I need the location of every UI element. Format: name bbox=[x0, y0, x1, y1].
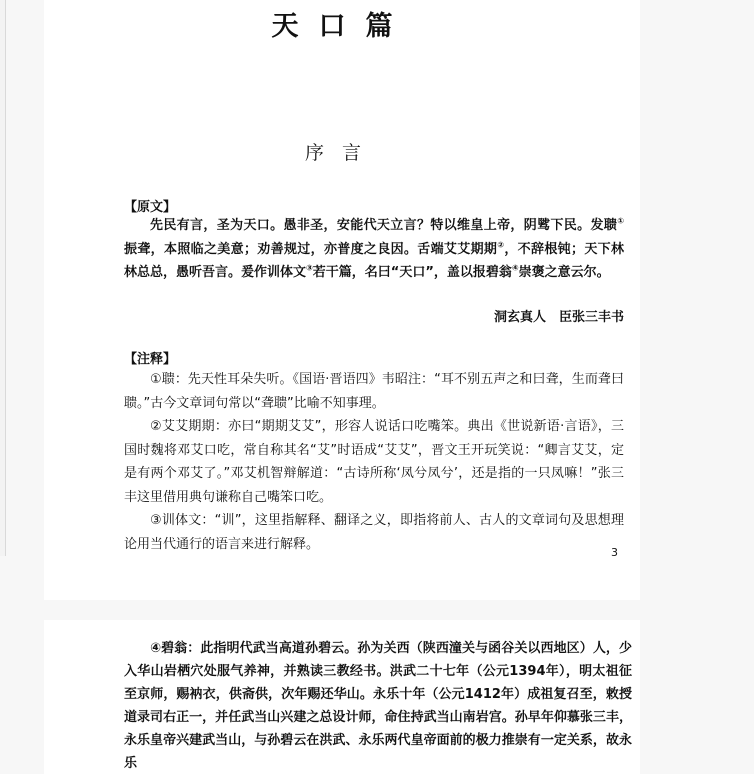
document-page-3: 天口篇 序言 【原文】 先民有言，圣为天口。愚非圣，安能代天立言？特以维皇上帝，… bbox=[44, 0, 640, 600]
original-text: 先民有言，圣为天口。愚非圣，安能代天立言？特以维皇上帝，阴骘下民。发聩①振聋，本… bbox=[124, 214, 624, 285]
original-text-part: 若干篇，名曰“天口”，盖以报碧翁 bbox=[313, 265, 512, 280]
note-4: ④碧翁：此指明代武当高道孙碧云。孙为关西（陕西潼关与函谷关以西地区）人，少入华山… bbox=[124, 637, 632, 774]
notes-label: 【注释】 bbox=[124, 348, 176, 367]
footnote-mark: ③ bbox=[306, 264, 313, 273]
note-1: ①聩：先天性耳朵失听。《国语·晋语四》韦昭注：“耳不别五声之和曰聋，生而聋曰聩。… bbox=[124, 368, 624, 415]
note-4-text: ④碧翁：此指明代武当高道孙碧云。孙为关西（陕西潼关与函谷关以西地区）人，少入华山… bbox=[124, 637, 632, 774]
document-page-4: ④碧翁：此指明代武当高道孙碧云。孙为关西（陕西潼关与函谷关以西地区）人，少入华山… bbox=[44, 620, 640, 774]
original-text-part: 振聋，本照临之美意；劝善规过，亦普度之良因。舌端艾艾期期 bbox=[124, 242, 497, 257]
original-text-part: 崇褒之意云尔。 bbox=[519, 265, 610, 280]
viewer-left-edge bbox=[0, 0, 6, 556]
page-number: 3 bbox=[611, 546, 618, 559]
chapter-title: 天口篇 bbox=[44, 4, 640, 43]
section-title: 序言 bbox=[44, 138, 640, 165]
footnote-mark: ④ bbox=[512, 264, 519, 273]
signature: 洞玄真人 臣张三丰书 bbox=[124, 306, 624, 325]
notes: ①聩：先天性耳朵失听。《国语·晋语四》韦昭注：“耳不别五声之和曰聋，生而聋曰聩。… bbox=[124, 368, 624, 556]
original-text-label: 【原文】 bbox=[124, 196, 176, 215]
note-3: ③训体文：“训”，这里指解释、翻译之义，即指将前人、古人的文章词句及思想理论用当… bbox=[124, 509, 624, 556]
footnote-mark: ① bbox=[617, 217, 624, 226]
note-2: ②艾艾期期：亦曰“期期艾艾”，形容人说话口吃嘴笨。典出《世说新语·言语》，三国时… bbox=[124, 415, 624, 509]
original-text-part: 先民有言，圣为天口。愚非圣，安能代天立言？特以维皇上帝，阴骘下民。发聩 bbox=[150, 218, 617, 233]
